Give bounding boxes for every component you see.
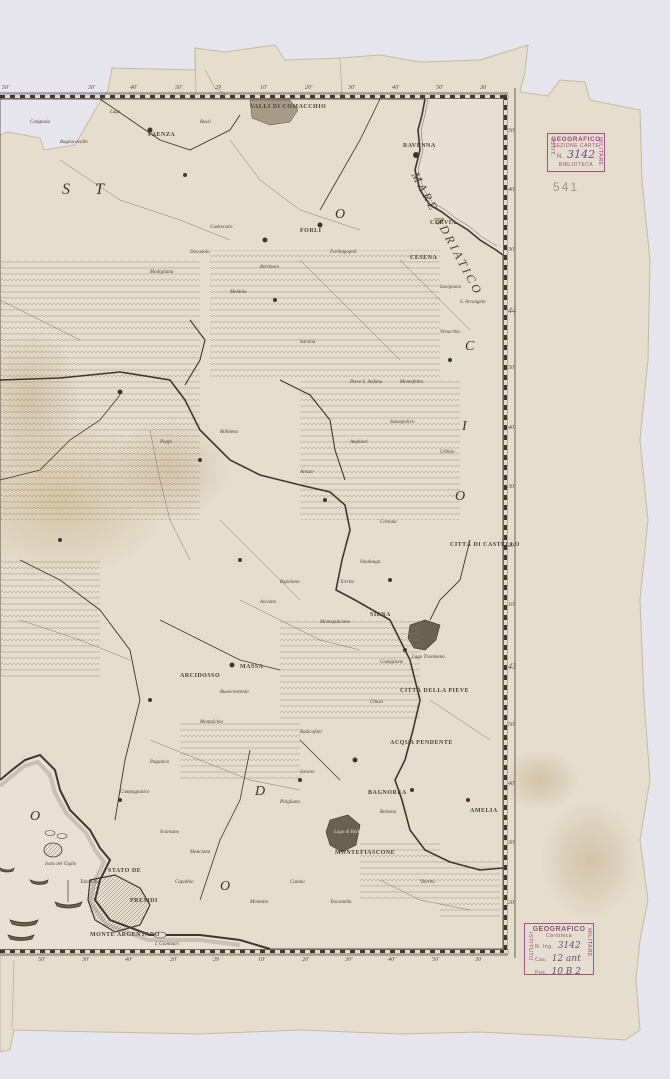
tick-label: 43 [508,662,516,671]
town-label: Montepulciano [320,620,350,625]
town-label: Scansano [160,830,179,835]
town-label: Sinalunga [360,560,380,565]
city-label: FORLI [300,228,322,234]
town-label: Talamone [80,880,100,885]
stamp-side-text: MILITARE [586,928,592,957]
town-label: Lago di Bolsena [334,830,367,835]
town-label: Cortona [380,520,397,525]
tick-label: 20' [305,85,312,91]
city-label: AMELIA [470,808,498,814]
stamp-field-value: 3142 [558,941,581,951]
tick-label: 30' [508,840,515,846]
town-label: Torrita [340,580,354,585]
region-letter: O [335,208,346,222]
city-label: CESENA [410,255,437,261]
tick-label: 50' [508,365,515,371]
town-label: Montalto [250,900,268,905]
tick-label: 40' [388,957,395,963]
tick-label: 29 [213,957,219,963]
tick-label: 30 [475,957,481,963]
town-label: Poppi [160,440,172,445]
stamp-side-text: MILITARE [597,137,603,166]
town-label: Forlimpopoli [330,250,357,255]
town-label: Pitigliano [280,800,300,805]
tick-label: 50' [432,957,439,963]
town-label: Toscanella [330,900,351,905]
stamp-line: BIBLIOTECA [548,162,604,168]
island-small-1 [45,831,55,836]
region-letter: I [462,420,468,434]
town-label: Isola del Giglio [45,862,76,867]
town-label: Urbino [440,450,454,455]
stamp-title: GEOGRAFICO [525,926,593,933]
tick-label: 30 [480,85,486,91]
tick-label: 20' [302,957,309,963]
graduated-border-checks-right [504,95,507,953]
tick-label: 30' [82,957,89,963]
city-label: RAVENNA [403,143,436,149]
town-label: Asciano [260,600,276,605]
stamp-number: 3142 [567,148,595,161]
town-label: Viterbo [420,880,435,885]
archive-stamp-bottom: ISTITUTO GEOGRAFICO Cartoteca N. Ing. 31… [524,923,594,975]
city-label: FAENZA [148,132,175,138]
town-label: Modigliana [150,270,173,275]
city-label: MONTE ARGENTARO [90,932,160,938]
town-label: Russi [200,120,211,125]
tick-label: 40' [130,85,137,91]
tick-label: 29 [215,85,221,91]
town-label: Meldola [230,290,247,295]
pencil-annotation: 541 [553,180,579,194]
graduated-border-checks [0,95,508,98]
region-letter: O [220,880,231,894]
city-label: MONTEFIASCONE [335,850,395,856]
city-label: CERVIA [430,220,456,226]
town-label: I. Giannutri [155,942,179,947]
town-label: Bagnacavallo [60,140,88,145]
town-label: Sorano [300,770,314,775]
region-label-presidi: PRESIDI [130,898,158,904]
town-label: Montalcino [200,720,223,725]
stamp-field-value: 10 B 2 [551,967,581,977]
stamp-side-text: ISTIT. [549,139,555,156]
town-label: Manciano [190,850,210,855]
town-label: Capalbio [175,880,194,885]
tick-label: 10' [260,85,267,91]
town-label: Buonconvento [220,690,249,695]
city-label: SIENA [370,612,391,618]
town-label: Montefeltro [400,380,423,385]
town-label: Sarsina [300,340,315,345]
tick-label: 40' [125,957,132,963]
town-label: Castiglione [380,660,403,665]
stamp-number-prefix: N. [557,153,565,160]
city-label: BAGNOREA [368,790,407,796]
tick-label: 30' [88,85,95,91]
tick-label: 50' [2,85,9,91]
region-letter: C [465,340,475,354]
town-label: Lago Trasimeno [412,655,445,660]
town-label: Canino [290,880,305,885]
town-label: Savignano [440,285,461,290]
town-label: Bertinoro [260,265,279,270]
tick-label: 40' [508,187,515,193]
town-label: S. Arcangelo [460,300,486,305]
region-letter: O [30,810,41,824]
town-label: Sansepolcro [390,420,415,425]
city-label: MASSA [240,664,264,670]
stamp-side-text: ISTITUTO [527,932,533,961]
region-label-presidi: STATO DE [108,868,141,874]
region-letter: T [95,182,105,198]
city-label: CITTÀ DI CASTELLO [450,542,520,548]
tick-label: 40' [392,85,399,91]
town-label: Anghiari [350,440,368,445]
region-letter: S [62,182,71,198]
city-label: ARCIDOSSO [180,673,220,679]
tick-label: 30' [508,247,515,253]
town-label: Castrocaro [210,225,232,230]
tick-label: 44 [508,306,516,315]
town-label: Arezzo [300,470,313,475]
town-label: Pieve S. Stefano [350,380,382,385]
tick-label: 50' [436,85,443,91]
tick-label: 30' [348,85,355,91]
island-giglio [44,843,62,857]
town-label: Lugo [110,110,120,115]
town-label: Verucchio [440,330,460,335]
stamp-field-label: Pos. [535,970,547,976]
tick-label: 30' [345,957,352,963]
tick-label: 30' [508,484,515,490]
town-label: Cotignola [30,120,50,125]
island-small-2 [57,834,67,839]
stamp-title: GEOGRAFICO [548,136,604,143]
town-label: Dovadola [190,250,210,255]
tick-label: 50' [508,722,515,728]
tick-label: 40' [508,781,515,787]
town-label: Radicofani [300,730,322,735]
town-label: Chiusi [370,700,383,705]
tick-label: 10' [508,602,515,608]
tick-label: 50' [508,128,515,134]
tick-label: 40' [508,425,515,431]
region-letter: O [455,490,466,504]
tick-label: 20' [508,900,515,906]
graduated-border-checks-bottom [0,950,508,953]
tick-label: 50' [175,85,182,91]
stamp-field-value: 12 ant [552,954,581,964]
tick-label: 20' [170,957,177,963]
city-label: VALLI DI COMACCHIO [250,104,326,110]
tick-label: 10' [258,957,265,963]
town-label: Bolsena [380,810,396,815]
tick-label: 50' [38,957,45,963]
stamp-field-label: Cas. [535,957,547,963]
archive-stamp-top: ISTIT. GEOGRAFICO SEZIONE CARTE N. 3142 … [547,133,605,172]
town-label: Paganico [150,760,169,765]
town-label: Bibbiena [220,430,238,435]
region-letter: D [255,785,266,799]
town-label: Rapolano [280,580,299,585]
city-label: CITTÀ DELLA PIEVE [400,688,469,694]
city-label: ACQUA PENDENTE [390,740,453,746]
town-label: Campagnatico [120,790,149,795]
